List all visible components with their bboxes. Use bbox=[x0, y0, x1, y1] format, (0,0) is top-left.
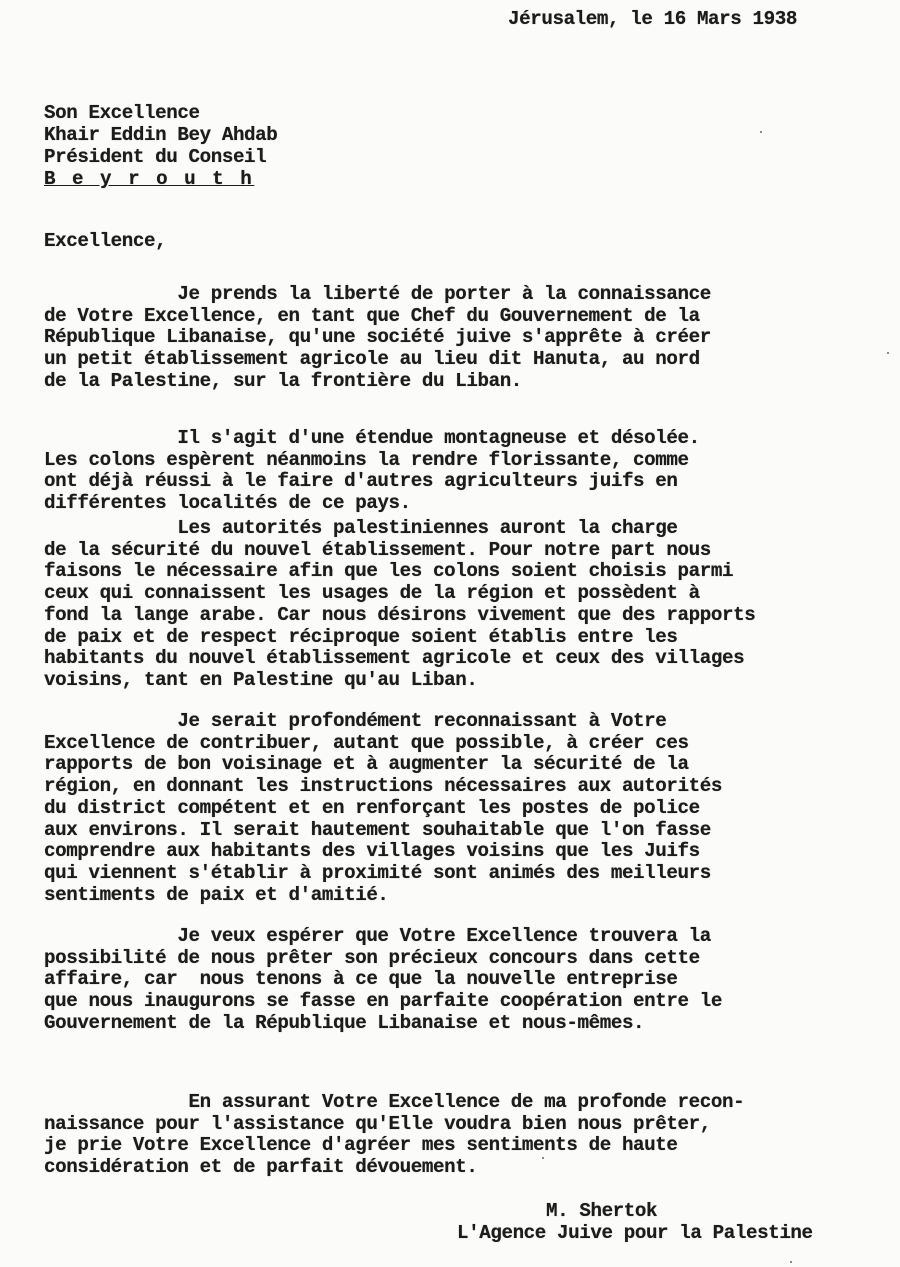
paragraph-6-line: je prie Votre Excellence d'agréer mes se… bbox=[44, 1134, 678, 1156]
paragraph-4-line: région, en donnant les instructions néce… bbox=[44, 775, 722, 797]
signature-organization: L'Agence Juive pour la Palestine bbox=[457, 1222, 813, 1244]
paragraph-1-line: Je prends la liberté de porter à la conn… bbox=[44, 283, 711, 305]
paragraph-4-line: qui viennent s'établir à proximité sont … bbox=[44, 862, 711, 884]
paragraph-3-line: fond la lange arabe. Car nous désirons v… bbox=[44, 604, 755, 626]
paragraph-4-line: comprendre aux habitants des villages vo… bbox=[44, 840, 700, 862]
paragraph-1-line: République Libanaise, qu'une société jui… bbox=[44, 326, 711, 348]
signature-name: M. Shertok bbox=[546, 1200, 657, 1222]
paragraph-6-line: considération et de parfait dévouement. bbox=[44, 1156, 477, 1178]
paper-speck bbox=[760, 131, 762, 133]
paragraph-2-line: différentes localités de ce pays. bbox=[44, 492, 411, 514]
recipient-title: Son Excellence bbox=[44, 102, 200, 124]
paragraph-5-line: possibilité de nous prêter son précieux … bbox=[44, 947, 700, 969]
paragraph-5-line: affaire, car nous tenons à ce que la nou… bbox=[44, 968, 678, 990]
date-line: Jérusalem, le 16 Mars 1938 bbox=[508, 8, 797, 30]
paragraph-1-line: de Votre Excellence, en tant que Chef du… bbox=[44, 305, 700, 327]
paragraph-1-line: de la Palestine, sur la frontière du Lib… bbox=[44, 370, 522, 392]
paragraph-4-line: Je serait profondément reconnaissant à V… bbox=[44, 710, 666, 732]
paragraph-5-line: Gouvernement de la République Libanaise … bbox=[44, 1012, 644, 1034]
paragraph-4-line: sentiments de paix et d'amitié. bbox=[44, 884, 389, 906]
paragraph-6-line: En assurant Votre Excellence de ma profo… bbox=[44, 1091, 744, 1113]
paragraph-3-line: de la sécurité du nouvel établissement. … bbox=[44, 539, 711, 561]
paragraph-4-line: du district compétent et en renforçant l… bbox=[44, 797, 700, 819]
paragraph-2-line: Il s'agit d'une étendue montagneuse et d… bbox=[44, 427, 700, 449]
paragraph-4-line: Excellence de contribuer, autant que pos… bbox=[44, 732, 689, 754]
letter-page: Jérusalem, le 16 Mars 1938 Son Excellenc… bbox=[0, 0, 900, 1267]
paragraph-2-line: Les colons espèrent néanmoins la rendre … bbox=[44, 449, 689, 471]
paragraph-3-line: de paix et de respect réciproque soient … bbox=[44, 626, 678, 648]
paragraph-3-line: Les autorités palestiniennes auront la c… bbox=[44, 517, 678, 539]
salutation: Excellence, bbox=[44, 230, 166, 252]
paper-speck bbox=[790, 1261, 792, 1263]
recipient-name: Khair Eddin Bey Ahdab bbox=[44, 124, 277, 146]
recipient-city: B e y r o u t h bbox=[44, 168, 254, 190]
paragraph-5-line: Je veux espérer que Votre Excellence tro… bbox=[44, 925, 711, 947]
paper-speck bbox=[542, 1157, 544, 1159]
recipient-position: Président du Conseil bbox=[44, 146, 266, 168]
paragraph-1-line: un petit établissement agricole au lieu … bbox=[44, 348, 700, 370]
paragraph-4-line: rapports de bon voisinage et à augmenter… bbox=[44, 753, 689, 775]
paper-speck bbox=[887, 352, 889, 354]
paragraph-3-line: habitants du nouvel établissement agrico… bbox=[44, 647, 744, 669]
paragraph-4-line: aux environs. Il serait hautement souhai… bbox=[44, 819, 711, 841]
paragraph-6-line: naissance pour l'assistance qu'Elle voud… bbox=[44, 1113, 711, 1135]
paragraph-3-line: faisons le nécessaire afin que les colon… bbox=[44, 560, 733, 582]
paragraph-5-line: que nous inaugurons se fasse en parfaite… bbox=[44, 990, 722, 1012]
paragraph-3-line: voisins, tant en Palestine qu'au Liban. bbox=[44, 669, 477, 691]
paragraph-3-line: ceux qui connaissent les usages de la ré… bbox=[44, 582, 700, 604]
paragraph-2-line: ont déjà réussi à le faire d'autres agri… bbox=[44, 470, 678, 492]
